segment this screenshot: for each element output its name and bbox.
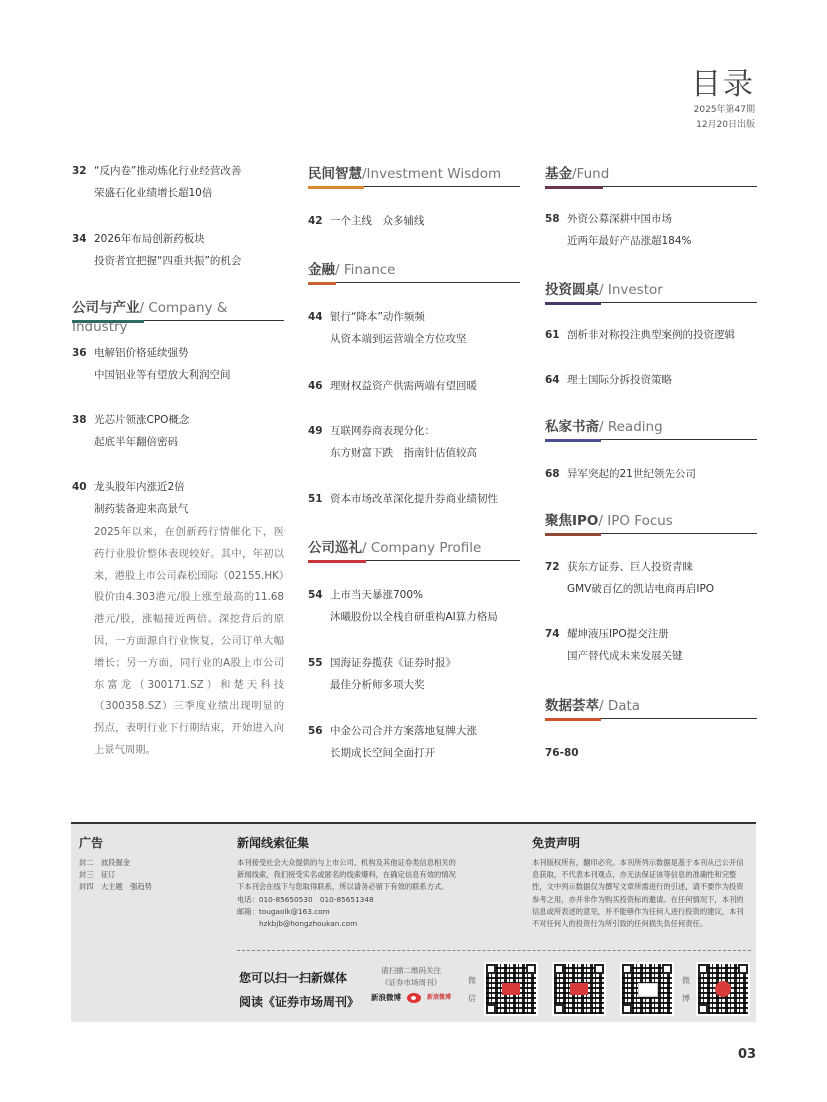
entry-title: 互联网券商表现分化： [308, 420, 520, 442]
section-title-cn: 公司巡礼 [308, 540, 362, 556]
weibo-logo-icon [407, 993, 421, 1003]
entry-title: 一个主线 众多辅线 [308, 210, 520, 232]
disclaimer-block: 免责声明 本刊版权所有，翻印必究。本刊所列示数据是基于本刊从已公开信息获取，不代… [532, 834, 750, 930]
toc-entry[interactable]: 64 理士国际分拆投资策略 [545, 369, 757, 391]
label-char: 信 [468, 990, 478, 1008]
section-title-en: /Fund [572, 166, 609, 182]
toc-entry[interactable]: 49 互联网券商表现分化： 东方财富下跌 指南针估值较高 [308, 420, 520, 464]
issue-number: 2025年第47期 [691, 104, 755, 117]
wechat-label: 微 信 [468, 972, 478, 1008]
page-number: 49 [308, 420, 323, 442]
page-number: 55 [308, 652, 323, 674]
section-fund: 基金/Fund [545, 162, 757, 187]
weibo-brand: 新浪微博 新浪微博 [371, 992, 451, 1004]
section-title-en: / Data [599, 698, 640, 714]
page-number: 76-80 [545, 742, 579, 764]
scan-line: 您可以扫一扫新媒体 [239, 966, 359, 990]
page-number: 61 [545, 324, 560, 346]
page-number: 38 [72, 409, 87, 431]
scan-prompt: 您可以扫一扫新媒体 阅读《证券市场周刊》 [239, 966, 359, 1014]
section-title-cn: 私家书斋 [545, 419, 599, 435]
page-number: 46 [308, 375, 323, 397]
page-number: 32 [72, 160, 87, 182]
section-investment-wisdom: 民间智慧/Investment Wisdom [308, 162, 520, 187]
disclaimer-text: 本刊版权所有，翻印必究。本刊所列示数据是基于本刊从已公开信息获取，不代表本刊观点… [532, 857, 750, 930]
toc-entry[interactable]: 56 中金公司合并方案落地复牌大涨 长期成长空间全面打开 [308, 720, 520, 764]
toc-entry[interactable]: 74 耀坤液压IPO提交注册 国产替代成未来发展关键 [545, 623, 757, 667]
divider [237, 950, 751, 951]
entry-subtitle: 荣盛石化业绩增长超10倍 [72, 182, 284, 204]
toc-entry[interactable]: 58 外资公募深耕中国市场 近两年最好产品涨超184% [545, 208, 757, 252]
entry-subtitle: 最佳分析师多项大奖 [308, 674, 520, 696]
qr-code-icon[interactable] [696, 962, 750, 1016]
section-company-profile: 公司巡礼/ Company Profile [308, 536, 520, 561]
toc-entry[interactable]: 68 异军突起的21世纪领先公司 [545, 463, 757, 485]
scan-hint: 请扫描二维码关注 《证券市场周刊》 新浪微博 新浪微博 [371, 965, 451, 1004]
weibo-brand-text: 新浪微博 [427, 992, 451, 1004]
section-ipo-focus: 聚焦IPO/ IPO Focus [545, 509, 757, 534]
section-data: 数据荟萃/ Data [545, 694, 757, 719]
news-tips-block: 新闻线索征集 本刊接受社会大众提供的与上市公司、机构及其他证券类信息相关的新闻线… [237, 834, 457, 930]
page-number: 72 [545, 556, 560, 578]
contact-email[interactable]: 邮箱：tougaolk@163.com [237, 906, 457, 918]
entry-subtitle: 近两年最好产品涨超184% [545, 230, 757, 252]
section-accent-bar [545, 186, 603, 189]
entry-subtitle: 沐曦股份以全栈自研重构AI算力格局 [308, 606, 520, 628]
section-accent-bar [308, 560, 366, 563]
toc-entry[interactable]: 44 银行“降本”动作频频 从资本端到运营端全方位攻坚 [308, 306, 520, 350]
page-number: 74 [545, 623, 560, 645]
toc-entry[interactable]: 61 剖析非对称投注典型案例的投资逻辑 [545, 324, 757, 346]
ad-item: 封三 征订 [79, 869, 219, 881]
section-title-en: / Investor [599, 282, 663, 298]
page-number: 64 [545, 369, 560, 391]
entry-subtitle: 东方财富下跌 指南针估值较高 [308, 442, 520, 464]
ads-block: 广告 封二 波段掘金 封三 征订 封四 大主题 强趋势 [79, 834, 219, 894]
news-tips-text: 本刊接受社会大众提供的与上市公司、机构及其他证券类信息相关的新闻线索，我们接受实… [237, 857, 457, 894]
section-reading: 私家书斋/ Reading [545, 415, 757, 440]
entry-subtitle: 长期成长空间全面打开 [308, 742, 520, 764]
entry-subtitle: GMV破百亿的凯诘电商再启IPO [545, 578, 757, 600]
page-number: 54 [308, 584, 323, 606]
section-title-cn: 数据荟萃 [545, 698, 599, 714]
entry-title: 理财权益资产供需两端有望回暖 [308, 375, 520, 397]
toc-entry[interactable]: 46 理财权益资产供需两端有望回暖 [308, 375, 520, 397]
article-excerpt: 2025年以来，在创新药行情催化下，医药行业股价整体表现较好。其中，年初以来，港… [94, 522, 284, 762]
toc-header: 目录 2025年第47期 12月20日出版 [691, 68, 755, 132]
entry-title: 外资公募深耕中国市场 [545, 208, 757, 230]
weibo-label-vertical: 微 博 [682, 972, 692, 1008]
label-char: 微 [682, 972, 692, 990]
entry-subtitle: 从资本端到运营端全方位攻坚 [308, 328, 520, 350]
info-panel: 广告 封二 波段掘金 封三 征订 封四 大主题 强趋势 新闻线索征集 本刊接受社… [71, 822, 756, 1022]
ads-title: 广告 [79, 834, 219, 851]
scan-hint-line: 《证券市场周刊》 [371, 977, 451, 989]
entry-title: 获东方证券、巨人投资青睐 [545, 556, 757, 578]
section-accent-bar [308, 186, 364, 189]
section-accent-bar [308, 282, 336, 285]
entry-title: 上市当天暴涨700% [308, 584, 520, 606]
entry-title: 资本市场改革深化提升券商业绩韧性 [308, 488, 520, 510]
qr-code-icon[interactable] [552, 962, 606, 1016]
section-title-en: / Finance [335, 262, 396, 278]
entry-title: 银行“降本”动作频频 [308, 306, 520, 328]
toc-entry[interactable]: 36 电解铝价格延续强势 中国铝业等有望放大利润空间 [72, 342, 284, 386]
scan-hint-line: 请扫描二维码关注 [371, 965, 451, 977]
toc-entry[interactable]: 51 资本市场改革深化提升券商业绩韧性 [308, 488, 520, 510]
toc-entry[interactable]: 38 光芯片领涨CPO概念 起底半年翻倍密码 [72, 409, 284, 453]
entry-title: “反内卷”推动炼化行业经营改善 [72, 160, 284, 182]
section-accent-bar [545, 533, 601, 536]
toc-entry[interactable]: 72 获东方证券、巨人投资青睐 GMV破百亿的凯诘电商再启IPO [545, 556, 757, 600]
entry-title: 中金公司合并方案落地复牌大涨 [308, 720, 520, 742]
section-title-en: / Reading [599, 419, 663, 435]
section-title-cn: 公司与产业 [72, 300, 140, 316]
toc-entry[interactable]: 40 龙头股年内涨近2倍 制药装备迎来高景气 [72, 476, 284, 520]
label-char: 微 [468, 972, 478, 990]
entry-title: 光芯片领涨CPO概念 [72, 409, 284, 431]
entry-title: 龙头股年内涨近2倍 [72, 476, 284, 498]
entry-title: 2026年布局创新药板块 [72, 228, 284, 250]
entry-title: 电解铝价格延续强势 [72, 342, 284, 364]
section-accent-bar [545, 302, 601, 305]
section-title-en: / Company Profile [362, 540, 481, 556]
page-title: 目录 [691, 68, 755, 102]
news-tips-title: 新闻线索征集 [237, 834, 457, 851]
qr-code-icon[interactable] [484, 962, 538, 1016]
section-title-cn: 基金 [545, 166, 572, 182]
ad-item: 封四 大主题 强趋势 [79, 881, 219, 893]
page-number: 40 [72, 476, 87, 498]
label-char: 博 [682, 990, 692, 1008]
weibo-label: 新浪微博 [371, 992, 401, 1004]
toc-entry[interactable]: 42 一个主线 众多辅线 [308, 210, 520, 232]
toc-entry[interactable]: 34 2026年布局创新药板块 投资者宜把握“四重共振”的机会 [72, 228, 284, 272]
page-number: 56 [308, 720, 323, 742]
page-number: 34 [72, 228, 87, 250]
section-accent-bar [545, 439, 601, 442]
publish-date: 12月20日出版 [691, 119, 755, 132]
entry-subtitle: 国产替代成未来发展关键 [545, 645, 757, 667]
page-number: 44 [308, 306, 323, 328]
section-title-cn: 聚焦IPO [545, 513, 598, 529]
ad-item: 封二 波段掘金 [79, 857, 219, 869]
section-title-en: /Investment Wisdom [362, 166, 501, 182]
section-investor: 投资圆桌/ Investor [545, 278, 757, 303]
page-number: 42 [308, 210, 323, 232]
toc-entry[interactable]: 32 “反内卷”推动炼化行业经营改善 荣盛石化业绩增长超10倍 [72, 160, 284, 204]
section-title-en: / IPO Focus [598, 513, 672, 529]
entry-title: 剖析非对称投注典型案例的投资逻辑 [545, 324, 757, 346]
page-number: 36 [72, 342, 87, 364]
entry-subtitle: 中国铝业等有望放大利润空间 [72, 364, 284, 386]
section-title-cn: 投资圆桌 [545, 282, 599, 298]
page-number: 51 [308, 488, 323, 510]
section-accent-bar [545, 718, 601, 721]
toc-entry[interactable]: 54 上市当天暴涨700% 沐曦股份以全栈自研重构AI算力格局 [308, 584, 520, 628]
page-number-footer: 03 [738, 1047, 756, 1062]
contact-email[interactable]: hzkbjb@hongzhoukan.com [237, 918, 457, 930]
entry-subtitle: 投资者宜把握“四重共振”的机会 [72, 250, 284, 272]
disclaimer-title: 免责声明 [532, 834, 750, 851]
scan-line: 阅读《证券市场周刊》 [239, 990, 359, 1014]
qr-code-icon[interactable] [620, 962, 674, 1016]
page-number: 68 [545, 463, 560, 485]
entry-subtitle: 起底半年翻倍密码 [72, 431, 284, 453]
entry-title: 异军突起的21世纪领先公司 [545, 463, 757, 485]
section-company-industry: 公司与产业/ Company & Industry [72, 296, 284, 321]
entry-title: 国海证券揽获《证券时报》 [308, 652, 520, 674]
entry-title: 耀坤液压IPO提交注册 [545, 623, 757, 645]
section-title-cn: 民间智慧 [308, 166, 362, 182]
entry-subtitle: 制药装备迎来高景气 [72, 498, 284, 520]
contact-phone: 电话：010-85650530 010-85651348 [237, 894, 457, 906]
section-finance: 金融/ Finance [308, 258, 520, 283]
page-number: 58 [545, 208, 560, 230]
entry-title: 理士国际分拆投资策略 [545, 369, 757, 391]
section-accent-bar [72, 320, 144, 323]
section-title-cn: 金融 [308, 262, 335, 278]
toc-entry[interactable]: 55 国海证券揽获《证券时报》 最佳分析师多项大奖 [308, 652, 520, 696]
